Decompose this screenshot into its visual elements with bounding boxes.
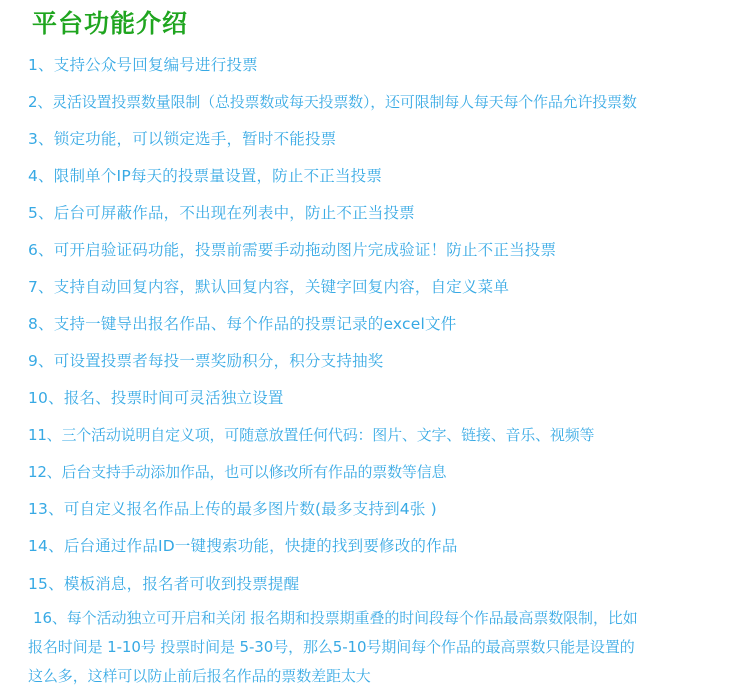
feature-item-11: 11、三个活动说明自定义项，可随意放置任何代码：图片、文字、链接、音乐、视频等 (28, 424, 594, 446)
feature-item-16: 16、每个活动独立可开启和关闭 报名期和投票期重叠的时间段每个作品最高票数限制，… (28, 604, 743, 691)
feature-item-5: 5、后台可屏蔽作品，不出现在列表中，防止不正当投票 (28, 202, 415, 224)
feature-item-9: 9、可设置投票者每投一票奖励积分，积分支持抽奖 (28, 350, 383, 372)
feature-item-13: 13、可自定义报名作品上传的最多图片数(最多支持到4张 ) (28, 498, 437, 520)
feature-item-8: 8、支持一键导出报名作品、每个作品的投票记录的excel文件 (28, 313, 456, 335)
feature-item-4: 4、限制单个IP每天的投票量设置，防止不正当投票 (28, 165, 382, 187)
feature-item-12: 12、后台支持手动添加作品，也可以修改所有作品的票数等信息 (28, 461, 446, 483)
feature-item-16-line-1: 16、每个活动独立可开启和关闭 报名期和投票期重叠的时间段每个作品最高票数限制，… (28, 604, 743, 633)
feature-item-14: 14、后台通过作品ID一键搜索功能，快捷的找到要修改的作品 (28, 535, 458, 557)
feature-item-16-line-3: 这么多，这样可以防止前后报名作品的票数差距太大 (28, 662, 743, 691)
feature-item-1: 1、支持公众号回复编号进行投票 (28, 54, 258, 76)
feature-item-15: 15、模板消息，报名者可收到投票提醒 (28, 573, 299, 595)
feature-item-6: 6、可开启验证码功能，投票前需要手动拖动图片完成验证！防止不正当投票 (28, 239, 556, 261)
feature-item-10: 10、报名、投票时间可灵活独立设置 (28, 387, 284, 409)
feature-item-7: 7、支持自动回复内容，默认回复内容，关键字回复内容，自定义菜单 (28, 276, 509, 298)
feature-item-3: 3、锁定功能，可以锁定选手，暂时不能投票 (28, 128, 336, 150)
feature-item-2: 2、灵活设置投票数量限制（总投票数或每天投票数），还可限制每人每天每个作品允许投… (28, 91, 637, 113)
feature-item-16-line-2: 报名时间是 1-10号 投票时间是 5-30号，那么5-10号期间每个作品的最高… (28, 633, 743, 662)
page-title: 平台功能介绍 (32, 8, 188, 40)
